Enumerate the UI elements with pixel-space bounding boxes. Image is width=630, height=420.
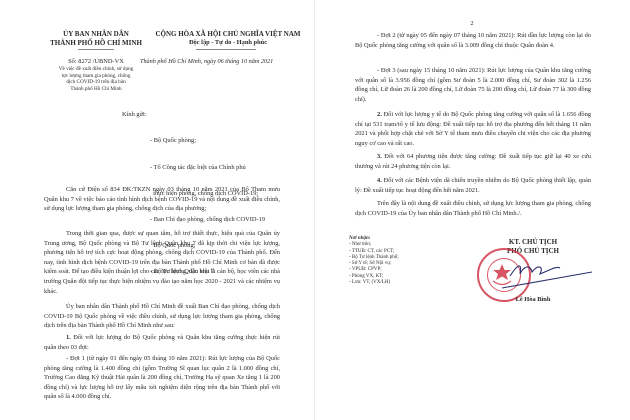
item-text: Đối với lực lượng do Bộ Quốc phòng và Qu… <box>44 334 280 351</box>
item-2: 2. Đối với lực lượng y tế do Bộ Quốc phò… <box>355 110 591 148</box>
salutation: Kính gửi: <box>122 111 147 120</box>
distribution-list: Nơi nhận: - Như trên; - TTUB: CT, các PC… <box>349 236 399 286</box>
recipient-item: - Ban Chỉ đạo phòng, chống dịch COVID-19 <box>150 216 265 225</box>
paragraph-background: Trong thời gian qua, được sự quan tâm, h… <box>44 229 280 296</box>
phase-3: - Đợt 3 (sau ngày 15 tháng 10 năm 2021):… <box>355 66 591 104</box>
distribution-item: - TTUB: CT, các PCT; <box>349 249 399 255</box>
issuing-agency: ỦY BAN NHÂN DÂN THÀNH PHỐ HỒ CHÍ MINH <box>40 30 152 47</box>
document-subject: Về việc đề xuất điều chỉnh, sử dụng lực … <box>40 66 152 92</box>
agency-line-2: THÀNH PHỐ HỒ CHÍ MINH <box>40 39 152 48</box>
item-4: 4. Đối với các Bệnh viện dã chiến truyền… <box>355 176 591 195</box>
national-title-text: CỘNG HÒA XÃ HỘI CHỦ NGHĨA VIỆT NAM <box>138 30 318 39</box>
document-page-2: 2 - Đợt 2 (từ ngày 05 đến ngày 07 tháng … <box>315 0 629 420</box>
divider-rule <box>78 49 114 50</box>
document-page-1: ỦY BAN NHÂN DÂN THÀNH PHỐ HỒ CHÍ MINH Số… <box>0 0 314 420</box>
recipient-item: - Tổ Công tác đặc biệt của Chính phủ <box>150 164 265 173</box>
item-text: Đối với lực lượng y tế do Bộ Quốc phòng … <box>355 111 591 147</box>
recipient-item: - Bộ Quốc phòng; <box>150 137 265 146</box>
signature-icon <box>500 254 595 294</box>
place-and-date: Thành phố Hồ Chí Minh, ngày 06 tháng 10 … <box>140 58 320 65</box>
signer-name: Lê Hòa Bình <box>483 296 583 303</box>
phase-1: - Đợt 1 (từ ngày 01 đến ngày 05 tháng 10… <box>44 354 280 402</box>
signer-title-1: KT. CHỦ TỊCH <box>483 238 583 247</box>
item-text: Đối với các Bệnh viện dã chiến truyền nh… <box>355 177 591 194</box>
distribution-item: - Lưu: VT, (VX/LH) <box>349 280 399 286</box>
item-1: 1. Đối với lực lượng do Bộ Quốc phòng và… <box>44 333 280 352</box>
closing-paragraph: Trên đây là nội dung đề xuất điều chỉnh,… <box>355 199 591 218</box>
national-title: CỘNG HÒA XÃ HỘI CHỦ NGHĨA VIỆT NAM Độc l… <box>138 30 318 47</box>
agency-line-1: ỦY BAN NHÂN DÂN <box>40 30 152 39</box>
item-3: 3. Đối với 64 phương tiện được tăng cườn… <box>355 152 591 171</box>
paragraph-proposal: Ủy ban nhân dân Thành phố Hồ Chí Minh đề… <box>44 302 280 331</box>
page-number: 2 <box>315 20 629 27</box>
phase-2: - Đợt 2 (từ ngày 05 đến ngày 07 tháng 10… <box>355 31 591 50</box>
subject-line: Thành phố Hồ Chí Minh <box>40 86 152 93</box>
national-motto: Độc lập - Tự do - Hạnh phúc <box>138 39 318 48</box>
document-number: Số: 8272 /UBND-VX <box>40 58 152 66</box>
item-text: Đối với 64 phương tiện được tăng cường: … <box>355 153 591 170</box>
divider-rule <box>196 49 256 50</box>
paragraph-legal-basis: Căn cứ Điện số 834 ĐK:TKZN ngày 03 tháng… <box>44 185 280 214</box>
